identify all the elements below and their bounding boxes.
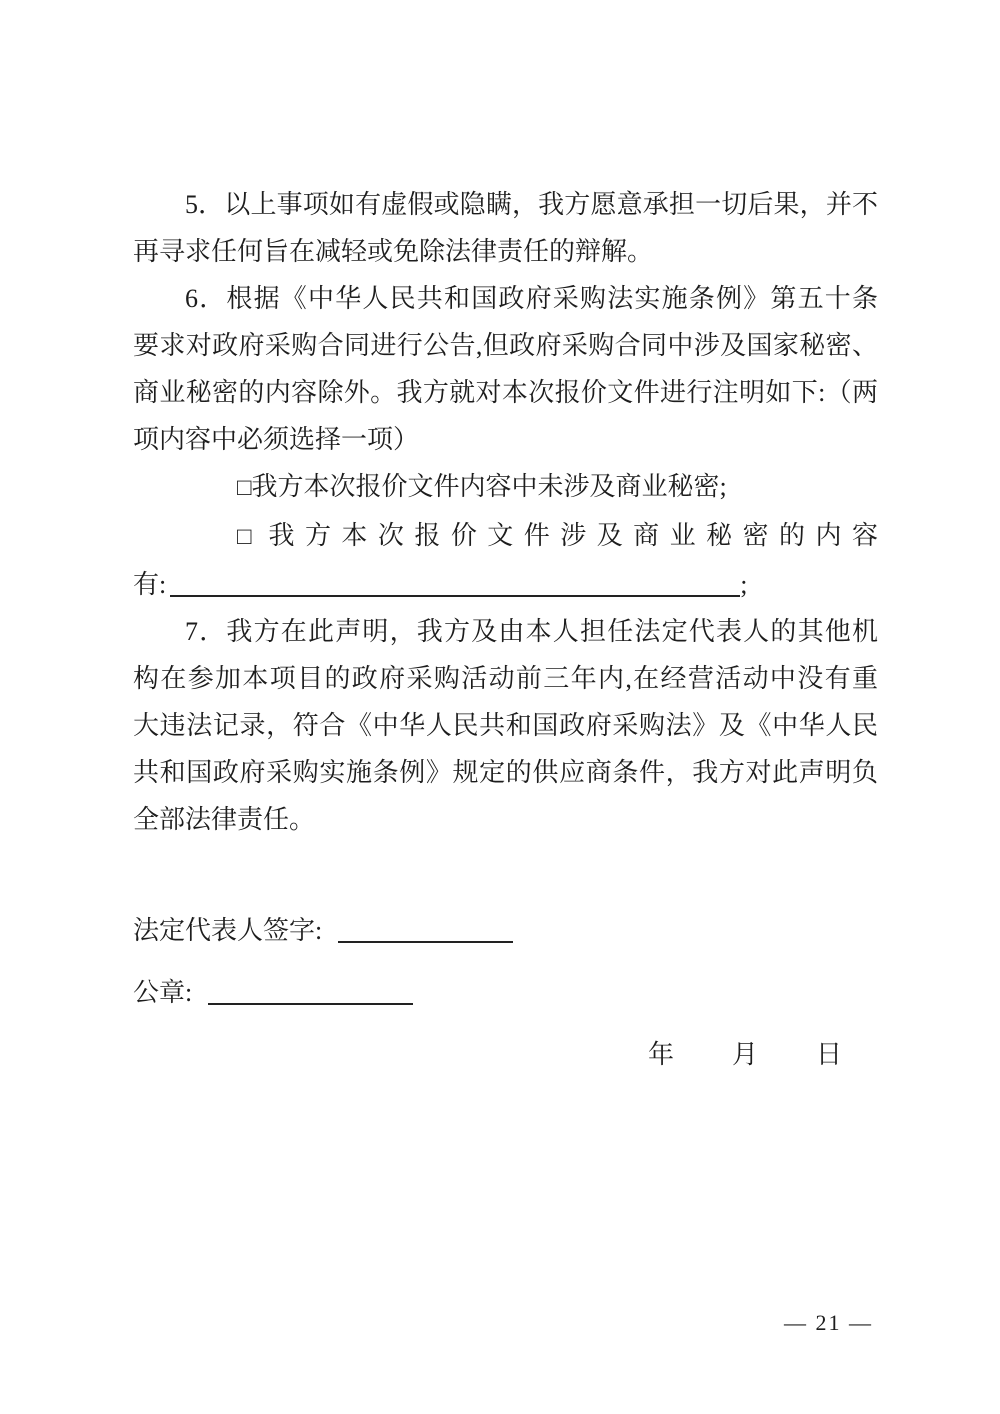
date-line: 年月日 (133, 1031, 878, 1078)
text-line: 6．根据《中华人民共和国政府采购法实施条例》第五十条 (133, 275, 878, 322)
date-month-label: 月 (732, 1040, 758, 1069)
company-seal-blank-field[interactable] (208, 973, 413, 1005)
text-line: 商业秘密的内容除外。我方就对本次报价文件进行注明如下:（两 (133, 369, 878, 416)
document-page: 5．以上事项如有虚假或隐瞒，我方愿意承担一切后果，并不 再寻求任何旨在减轻或免除… (0, 0, 1000, 1414)
option-no-trade-secret-label: 我方本次报价文件内容中未涉及商业秘密; (252, 472, 727, 501)
company-seal-label: 公章: (133, 978, 192, 1007)
fill-prefix-label: 有: (133, 570, 166, 599)
text-line: 再寻求任何旨在减轻或免除法律责任的辩解。 (133, 228, 878, 275)
clause-5: 5．以上事项如有虚假或隐瞒，我方愿意承担一切后果，并不 再寻求任何旨在减轻或免除… (133, 181, 878, 275)
date-day-label: 日 (816, 1040, 842, 1069)
text-line: 项内容中必须选择一项） (133, 416, 878, 463)
text-line: 全部法律责任。 (133, 796, 878, 843)
legal-rep-signature-line: 法定代表人签字: (133, 907, 878, 954)
company-seal-line: 公章: (133, 969, 878, 1016)
text-line: 大违法记录，符合《中华人民共和国政府采购法》及《中华人民 (133, 702, 878, 749)
checkbox-icon[interactable]: □ (185, 465, 252, 512)
secret-content-blank-field[interactable] (170, 565, 740, 597)
text-line: 要求对政府采购合同进行公告,但政府采购合同中涉及国家秘密、 (133, 322, 878, 369)
text-line: 共和国政府采购实施条例》规定的供应商条件，我方对此声明负 (133, 749, 878, 796)
text-line: 7．我方在此声明，我方及由本人担任法定代表人的其他机 (133, 608, 878, 655)
fill-suffix-label: ; (740, 570, 747, 599)
option-has-trade-secret: □ 我方本次报价文件涉及商业秘密的内容 (133, 512, 878, 561)
page-number: — 21 — (784, 1308, 873, 1338)
secret-content-fill-line: 有:; (133, 561, 878, 608)
option-has-trade-secret-label: 我方本次报价文件涉及商业秘密的内容 (268, 521, 878, 550)
text-line: 5．以上事项如有虚假或隐瞒，我方愿意承担一切后果，并不 (133, 181, 878, 228)
legal-rep-signature-label: 法定代表人签字: (133, 916, 322, 945)
legal-rep-signature-blank-field[interactable] (338, 911, 513, 943)
clause-6: 6．根据《中华人民共和国政府采购法实施条例》第五十条 要求对政府采购合同进行公告… (133, 275, 878, 463)
option-no-trade-secret: □我方本次报价文件内容中未涉及商业秘密; (133, 463, 878, 512)
text-line: 构在参加本项目的政府采购活动前三年内,在经营活动中没有重 (133, 655, 878, 702)
signature-section: 法定代表人签字: 公章: 年月日 (133, 907, 878, 1078)
date-year-label: 年 (648, 1040, 674, 1069)
clause-7: 7．我方在此声明，我方及由本人担任法定代表人的其他机 构在参加本项目的政府采购活… (133, 608, 878, 843)
checkbox-icon[interactable]: □ (185, 514, 252, 561)
